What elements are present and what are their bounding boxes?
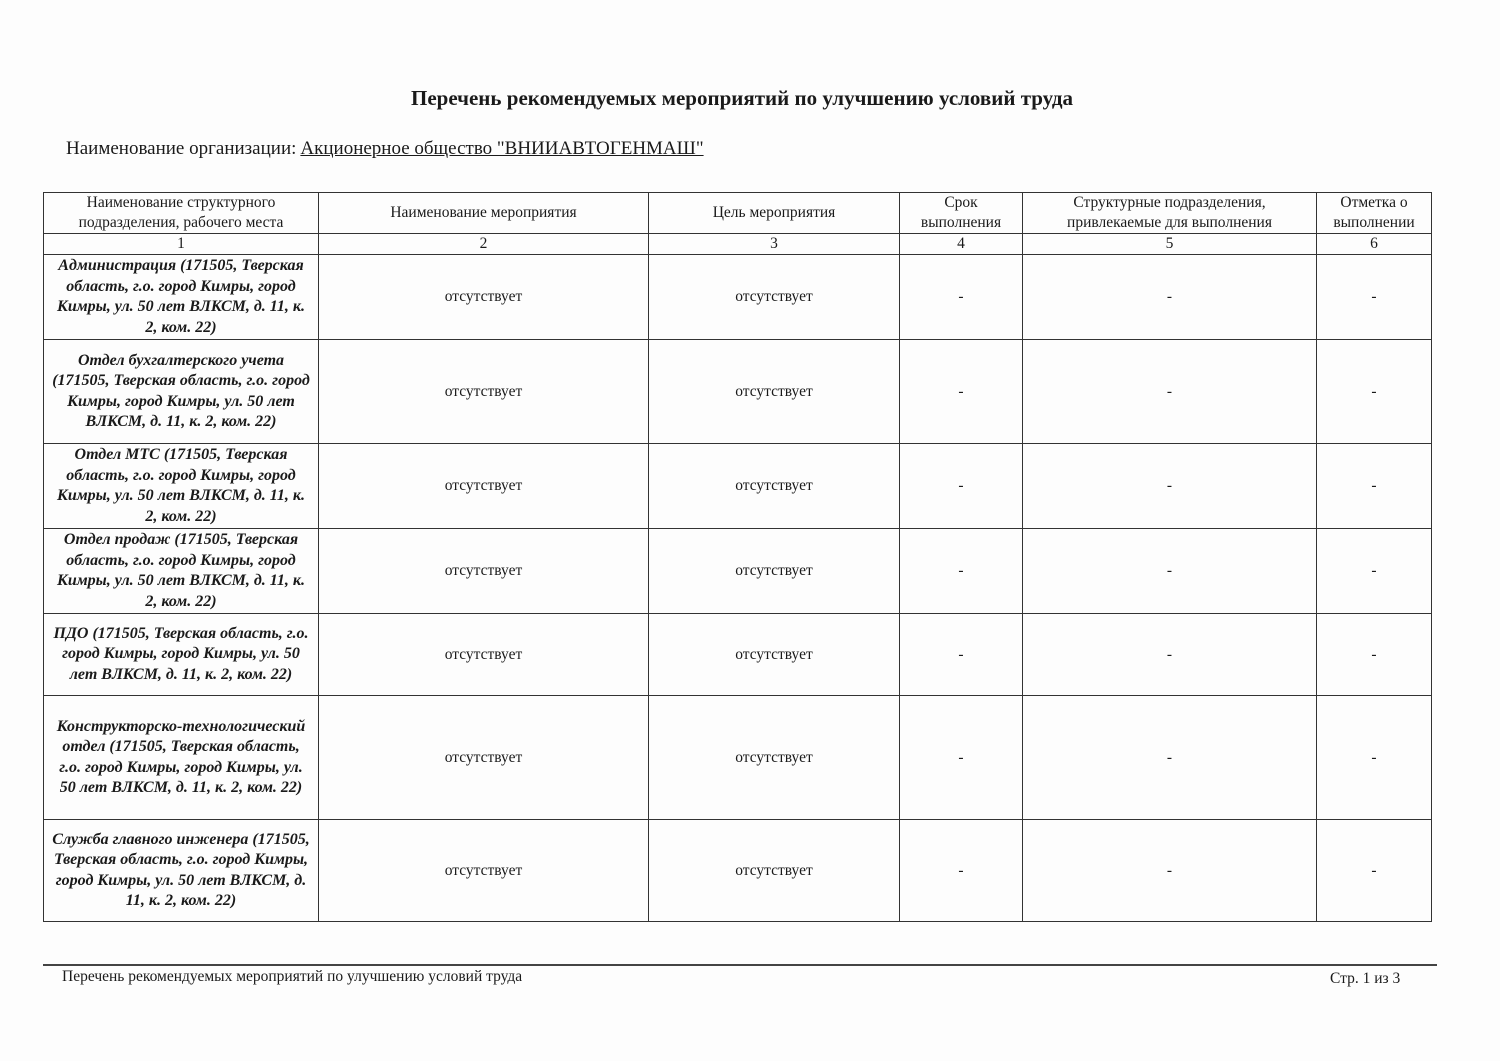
unit-cell: Администрация (171505, Тверская область,… <box>44 255 319 340</box>
column-number: 1 <box>44 234 319 255</box>
table-row: Отдел бухгалтерского учета (171505, Твер… <box>44 340 1432 444</box>
goal-cell: отсутствует <box>649 529 900 614</box>
measure-cell: отсутствует <box>319 614 649 696</box>
deadline-cell: - <box>900 255 1023 340</box>
goal-cell: отсутствует <box>649 820 900 922</box>
mark-cell: - <box>1317 529 1432 614</box>
departments-cell: - <box>1023 340 1317 444</box>
mark-cell: - <box>1317 614 1432 696</box>
table-row: Отдел МТС (171505, Тверская область, г.о… <box>44 444 1432 529</box>
column-number: 3 <box>649 234 900 255</box>
column-number: 4 <box>900 234 1023 255</box>
column-number-row: 1 2 3 4 5 6 <box>44 234 1432 255</box>
mark-cell: - <box>1317 340 1432 444</box>
footer-divider <box>43 964 1437 966</box>
goal-cell: отсутствует <box>649 255 900 340</box>
mark-cell: - <box>1317 444 1432 529</box>
column-number: 5 <box>1023 234 1317 255</box>
goal-cell: отсутствует <box>649 696 900 820</box>
unit-cell: Служба главного инженера (171505, Тверск… <box>44 820 319 922</box>
unit-cell: Конструкторско-технологический отдел (17… <box>44 696 319 820</box>
page-number: Стр. 1 из 3 <box>1330 970 1400 988</box>
column-number: 6 <box>1317 234 1432 255</box>
measure-cell: отсутствует <box>319 820 649 922</box>
unit-cell: ПДО (171505, Тверская область, г.о. горо… <box>44 614 319 696</box>
deadline-cell: - <box>900 340 1023 444</box>
header-goal: Цель мероприятия <box>649 193 900 234</box>
header-measure: Наименование мероприятия <box>319 193 649 234</box>
departments-cell: - <box>1023 444 1317 529</box>
footer-title: Перечень рекомендуемых мероприятий по ул… <box>62 968 522 986</box>
measure-cell: отсутствует <box>319 444 649 529</box>
organization-label: Наименование организации: <box>66 138 296 159</box>
header-mark: Отметка о выполнении <box>1317 193 1432 234</box>
departments-cell: - <box>1023 614 1317 696</box>
organization-line: Наименование организации:Акционерное общ… <box>66 138 710 160</box>
goal-cell: отсутствует <box>649 614 900 696</box>
measure-cell: отсутствует <box>319 255 649 340</box>
table-row: ПДО (171505, Тверская область, г.о. горо… <box>44 614 1432 696</box>
measure-cell: отсутствует <box>319 696 649 820</box>
measures-table: Наименование структурного подразделения,… <box>43 192 1432 922</box>
table-row: Конструкторско-технологический отдел (17… <box>44 696 1432 820</box>
deadline-cell: - <box>900 696 1023 820</box>
header-deadline: Срок выполнения <box>900 193 1023 234</box>
measure-cell: отсутствует <box>319 529 649 614</box>
departments-cell: - <box>1023 820 1317 922</box>
table-row: Служба главного инженера (171505, Тверск… <box>44 820 1432 922</box>
deadline-cell: - <box>900 820 1023 922</box>
departments-cell: - <box>1023 255 1317 340</box>
header-departments: Структурные подразделения, привлекаемые … <box>1023 193 1317 234</box>
departments-cell: - <box>1023 529 1317 614</box>
unit-cell: Отдел МТС (171505, Тверская область, г.о… <box>44 444 319 529</box>
organization-name: Акционерное общество "ВНИИАВТОГЕНМАШ" <box>296 138 709 159</box>
deadline-cell: - <box>900 529 1023 614</box>
mark-cell: - <box>1317 820 1432 922</box>
document-title: Перечень рекомендуемых мероприятий по ул… <box>0 86 1484 111</box>
deadline-cell: - <box>900 444 1023 529</box>
goal-cell: отсутствует <box>649 340 900 444</box>
deadline-cell: - <box>900 614 1023 696</box>
mark-cell: - <box>1317 255 1432 340</box>
mark-cell: - <box>1317 696 1432 820</box>
table-row: Отдел продаж (171505, Тверская область, … <box>44 529 1432 614</box>
header-unit: Наименование структурного подразделения,… <box>44 193 319 234</box>
measure-cell: отсутствует <box>319 340 649 444</box>
column-number: 2 <box>319 234 649 255</box>
goal-cell: отсутствует <box>649 444 900 529</box>
unit-cell: Отдел бухгалтерского учета (171505, Твер… <box>44 340 319 444</box>
departments-cell: - <box>1023 696 1317 820</box>
table-header-row: Наименование структурного подразделения,… <box>44 193 1432 234</box>
unit-cell: Отдел продаж (171505, Тверская область, … <box>44 529 319 614</box>
table-row: Администрация (171505, Тверская область,… <box>44 255 1432 340</box>
